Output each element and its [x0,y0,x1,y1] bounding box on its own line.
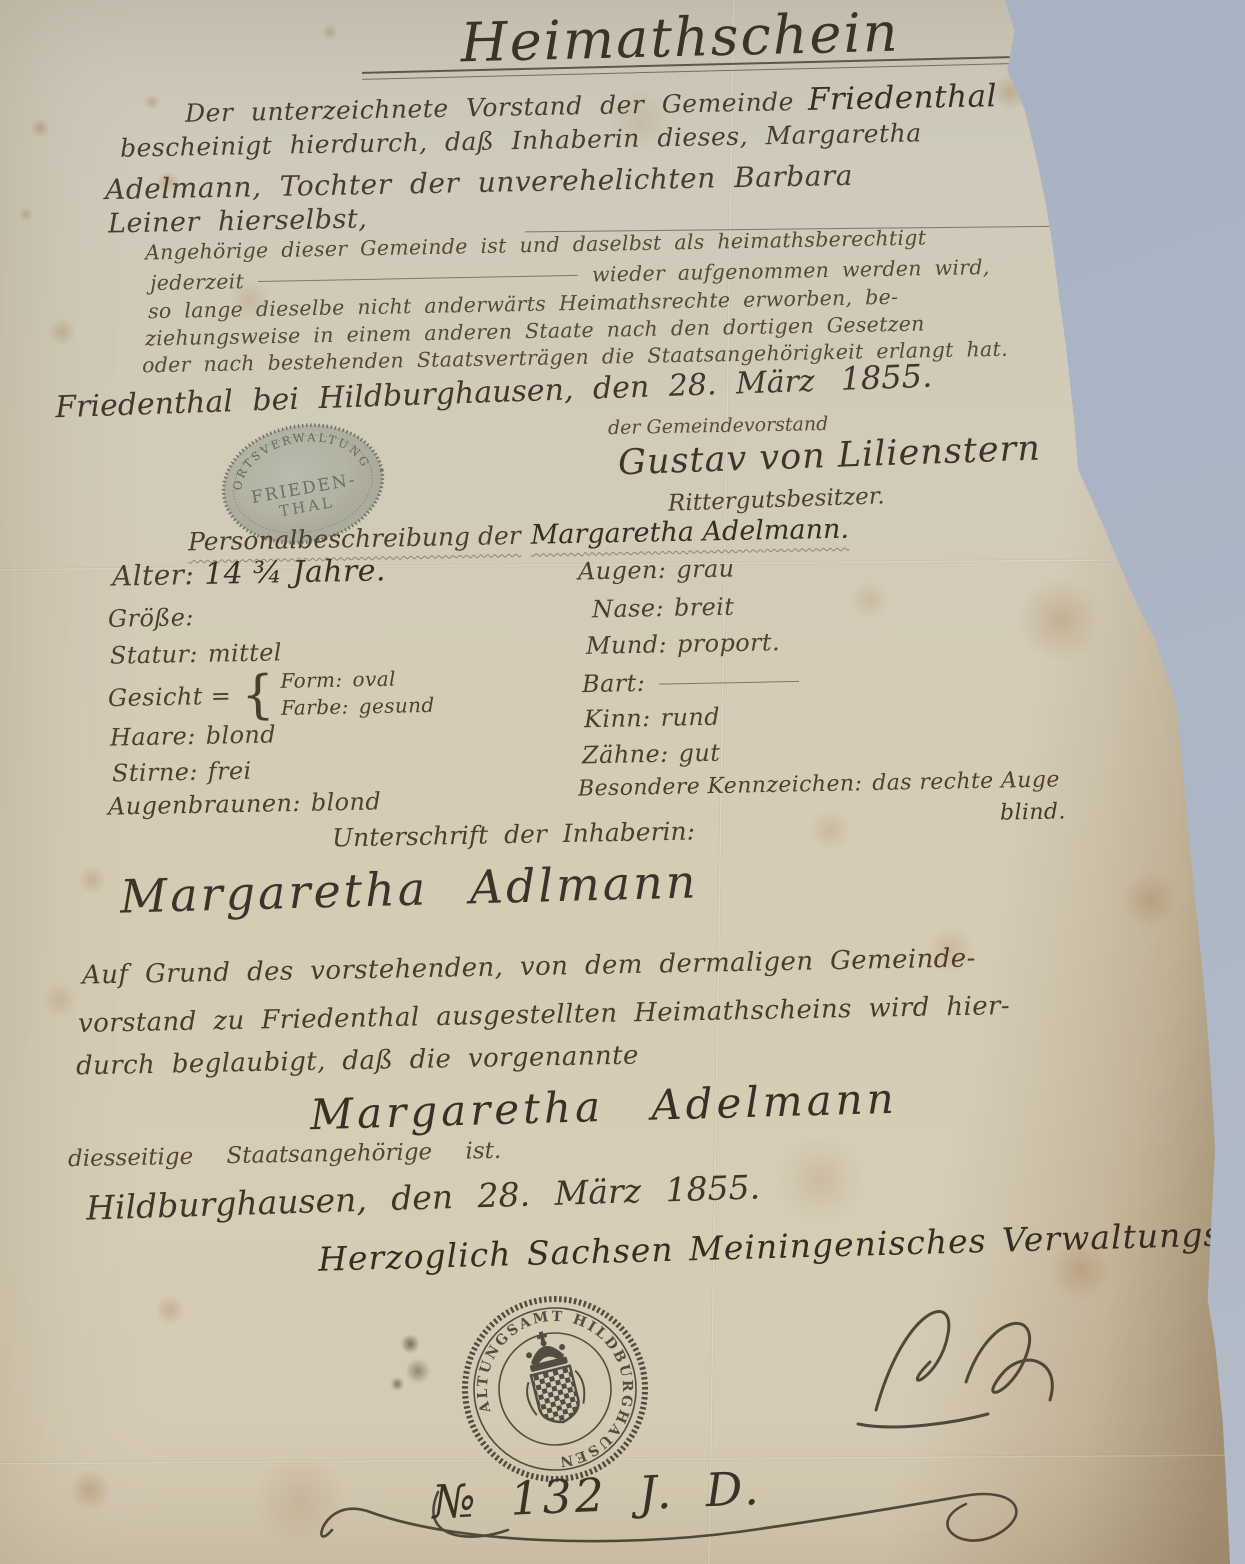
kennzeichen-value-2: blind. [1000,799,1066,825]
bart-dash [659,681,799,685]
holder-signature: Margaretha Adlmann [119,854,699,923]
row-groesse: Größe: [108,603,204,633]
augen-label: Augen: [578,556,667,586]
kinn-label: Kinn: [584,704,651,733]
row-augen: Augen:grau [578,555,735,586]
attestation-line-2: vorstand zu Friedenthal ausgestellten He… [78,991,1011,1039]
alter-label: Alter: [112,558,195,593]
row-nase: Nase:breit [592,593,735,624]
row-stirne: Stirne:frei [112,757,252,788]
document-paper: Heimathschein Der unterzeichnete Vorstan… [0,0,1245,1564]
bart-label: Bart: [582,669,646,698]
augenbraunen-value: blond [311,787,382,816]
footer-flourish [318,1452,1058,1564]
attestation-dateline: Hildburghausen, den 28. März 1855. [86,1167,761,1227]
row-zaehne: Zähne:gut [582,739,721,770]
personal-heading-prefix: Personalbeschreibung der [188,521,521,556]
augen-value: grau [676,555,735,584]
community-name: Friedenthal [808,78,998,118]
kennzeichen-label: Besondere Kennzeichen: [578,771,863,801]
nase-value: breit [674,593,735,622]
intro-line-3: Adelmann, Tochter der unverehelichten Ba… [105,159,853,206]
holder-signature-caption: Unterschrift der Inhaberin: [332,817,696,853]
row-alter: Alter:14 ¾ Jahre. [112,553,386,593]
nase-label: Nase: [592,594,664,623]
groesse-value [204,603,205,631]
gesicht-farbe: Farbe:gesund [281,692,435,722]
row-haare: Haare:blond [110,720,277,751]
attestation-name: Margaretha Adelmann [309,1074,898,1139]
personal-heading-name: Margaretha Adelmann. [530,514,849,551]
mund-label: Mund: [586,630,667,660]
issuer-title: Rittergutsbesitzer. [668,483,885,517]
attestation-office: Herzoglich Sachsen Meiningenisches Verwa… [318,1212,1245,1278]
attestation-line-4: diesseitige Staatsangehörige ist. [68,1138,502,1172]
haare-label: Haare: [110,722,196,752]
zaehne-value: gut [678,739,720,768]
gesicht-label: Gesicht = [108,682,232,712]
stirne-label: Stirne: [112,758,198,788]
haare-value: blond [205,720,276,749]
kinn-value: rund [660,703,720,732]
gesicht-form: Form:oval [280,665,434,695]
alter-value: 14 ¾ Jahre. [204,553,386,591]
body-line-2-word: jederzeit [150,269,244,295]
row-bart: Bart: [582,666,800,698]
kennzeichen-value: das rechte Auge [872,767,1060,796]
mund-value: proport. [677,628,781,658]
row-gesicht: Gesicht = { Form:oval Farbe:gesund [108,665,435,725]
issue-year: 1855. [840,357,933,398]
zaehne-label: Zähne: [582,740,669,770]
photo-backdrop: Heimathschein Der unterzeichnete Vorstan… [0,0,1245,1564]
row-mund: Mund:proport. [586,628,780,660]
ink-smudge [380,1326,451,1407]
issuer-caption: der Gemeindevorstand [608,413,829,439]
blank-line-rule [258,274,578,281]
row-augenbraunen: Augenbraunen:blond [108,787,382,820]
row-kennzeichen: Besondere Kennzeichen:das rechte Auge [578,767,1060,801]
row-kinn: Kinn:rund [584,703,720,734]
attestation-line-3: durch beglaubigt, daß die vorgenannte [76,1041,639,1082]
body-line-2-rest: wieder aufgenommen werden wird, [592,255,990,287]
intro-line-4: Leiner hierselbst, [108,204,368,240]
official-paraph [838,1282,1108,1442]
brace-glyph: { [241,669,275,722]
statur-value: mittel [208,638,283,667]
stamp-shield-icon [531,1366,583,1427]
augenbraunen-label: Augenbraunen: [108,789,301,821]
statur-label: Statur: [110,640,198,670]
attestation-line-1: Auf Grund des vorstehenden, von dem derm… [82,943,976,990]
groesse-label: Größe: [108,603,194,633]
stirne-value: frei [208,757,252,786]
